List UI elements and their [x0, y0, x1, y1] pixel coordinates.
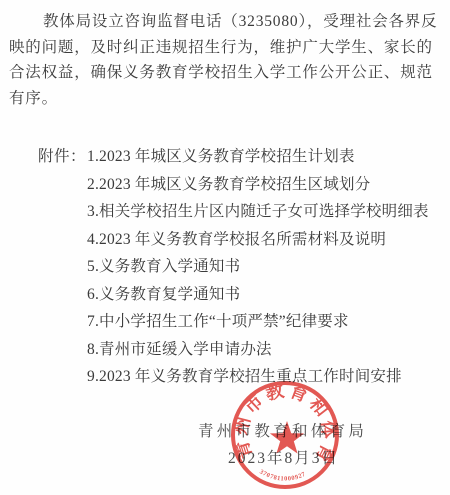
document-page: 教体局设立咨询监督电话（3235080），受理社会各界反 映的问题，及时纠正违规… — [0, 0, 450, 495]
paragraph-line: 教体局设立咨询监督电话（3235080），受理社会各界反 — [9, 9, 447, 35]
attachments-list: 1.2023 年城区义务教育学校招生计划表 2.2023 年城区义务教育学校招生… — [87, 143, 429, 391]
attachment-item: 4.2023 年义务教育学校报名所需材料及说明 — [87, 226, 429, 254]
attachments-label: 附件： — [38, 143, 86, 171]
attachment-item: 2.2023 年城区义务教育学校招生区域划分 — [87, 171, 429, 199]
seal-ring-text: 青州市教育和体育局 — [225, 377, 341, 470]
paragraph-line: 合法权益，确保义务教育学校招生入学工作公开公正、规范 — [9, 60, 447, 86]
official-seal: 青州市教育和体育局 3707811000927 — [225, 377, 347, 495]
attachment-item: 8.青州市延缓入学申请办法 — [87, 336, 429, 364]
attachment-item: 5.义务教育入学通知书 — [87, 253, 429, 281]
attachment-item: 3.相关学校招生片区内随迁子女可选择学校明细表 — [87, 198, 429, 226]
body-paragraph: 教体局设立咨询监督电话（3235080），受理社会各界反 映的问题，及时纠正违规… — [9, 9, 447, 112]
attachment-item: 6.义务教育复学通知书 — [87, 281, 429, 309]
paragraph-line: 映的问题，及时纠正违规招生行为，维护广大学生、家长的 — [9, 35, 447, 61]
paragraph-line: 有序。 — [9, 86, 447, 112]
attachment-item: 1.2023 年城区义务教育学校招生计划表 — [87, 143, 429, 171]
attachment-item: 7.中小学招生工作“十项严禁”纪律要求 — [87, 308, 429, 336]
seal-code: 3707811000927 — [258, 468, 307, 482]
star-icon — [270, 421, 304, 454]
